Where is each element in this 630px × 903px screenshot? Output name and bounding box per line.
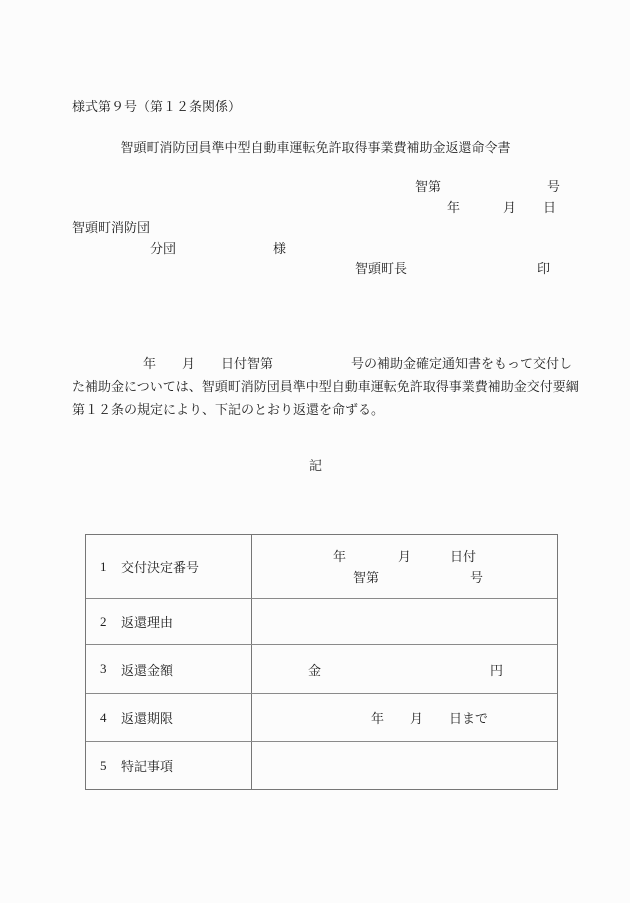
body-line-2: た補助金については、智頭町消防団員準中型自動車運転免許取得事業費補助金交付要綱: [72, 375, 562, 398]
row-number: 1: [100, 559, 121, 575]
row-value-cell: 金 円: [252, 645, 557, 693]
body-line-1: 年 月 日付智第 号の補助金確定通知書をもって交付し: [72, 352, 562, 375]
row-value-cell: 年 月 日まで: [252, 694, 557, 741]
issue-date-day-label: 日: [543, 197, 556, 216]
value-line-date: 年 月 日付: [252, 546, 557, 567]
table-row-return-deadline: 4 返還期限 年 月 日まで: [86, 693, 557, 741]
row-value-cell: [252, 599, 557, 644]
row-label-cell: 1 交付決定番号: [86, 535, 252, 598]
recipient-branch-label: 分団: [150, 238, 176, 257]
row-label: 返還期限: [121, 708, 173, 727]
issue-date-year-label: 年: [447, 197, 460, 216]
row-label-cell: 5 特記事項: [86, 742, 252, 789]
recipient-organization: 智頭町消防団: [72, 217, 150, 236]
body-line-3: 第１２条の規定により、下記のとおり返還を命ずる。: [72, 398, 562, 421]
body-paragraph: 年 月 日付智第 号の補助金確定通知書をもって交付し た補助金については、智頭町…: [72, 352, 562, 421]
row-label: 返還金額: [121, 660, 173, 679]
table-row-grant-decision-number: 1 交付決定番号 年 月 日付 智第 号: [86, 535, 557, 598]
recipient-honorific: 様: [273, 238, 286, 257]
row-label-cell: 2 返還理由: [86, 599, 252, 644]
doc-number-prefix: 智第: [415, 176, 441, 195]
row-label-cell: 3 返還金額: [86, 645, 252, 693]
row-number: 2: [100, 614, 121, 630]
row-number: 3: [100, 661, 121, 677]
row-value-cell: 年 月 日付 智第 号: [252, 535, 557, 598]
table-row-return-amount: 3 返還金額 金 円: [86, 644, 557, 693]
table-row-special-notes: 5 特記事項: [86, 741, 557, 789]
row-number: 4: [100, 710, 121, 726]
value-line-number: 智第 号: [252, 567, 557, 588]
issuer-seal-mark: 印: [537, 258, 550, 277]
row-label-cell: 4 返還期限: [86, 694, 252, 741]
issuer-name: 智頭町長: [355, 258, 407, 277]
row-label: 交付決定番号: [121, 557, 199, 576]
issue-date-month-label: 月: [503, 197, 516, 216]
form-number: 様式第９号（第１２条関係）: [72, 96, 241, 115]
doc-number-suffix: 号: [547, 176, 560, 195]
document-page: 様式第９号（第１２条関係） 智頭町消防団員準中型自動車運転免許取得事業費補助金返…: [0, 0, 630, 903]
row-value-cell: [252, 742, 557, 789]
order-details-table: 1 交付決定番号 年 月 日付 智第 号 2 返還理由 3 返還金額 金: [85, 534, 558, 790]
row-label: 特記事項: [121, 756, 173, 775]
row-number: 5: [100, 758, 121, 774]
document-title: 智頭町消防団員準中型自動車運転免許取得事業費補助金返還命令書: [72, 137, 559, 156]
row-label: 返還理由: [121, 612, 173, 631]
table-row-return-reason: 2 返還理由: [86, 598, 557, 644]
record-marker: 記: [72, 455, 559, 474]
